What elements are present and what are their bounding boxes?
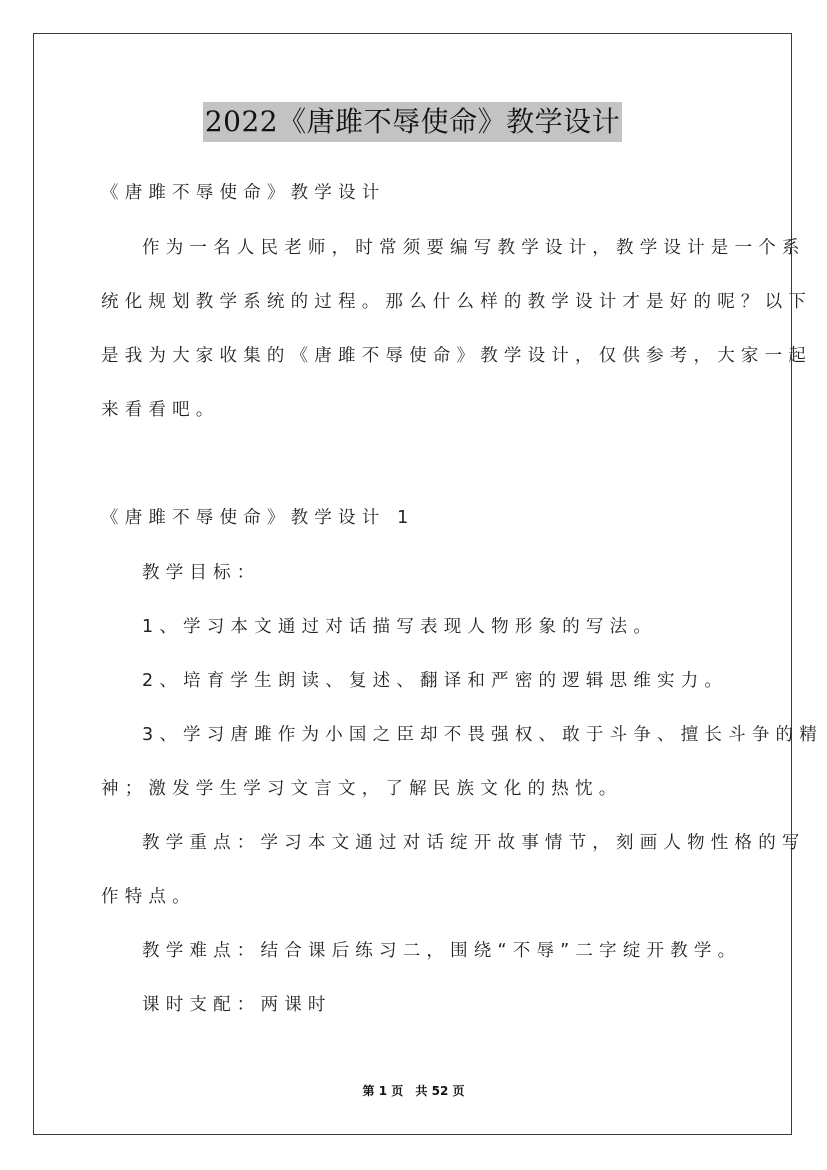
paragraph-line: 《唐雎不辱使命》教学设计 1 <box>101 506 415 530</box>
paragraph-line: 统化规划教学系统的过程。那么什么样的教学设计才是好的呢？以下 <box>101 290 812 314</box>
paragraph-line: 教学难点：结合课后练习二，围绕“不辱”二字绽开教学。 <box>142 939 741 963</box>
title-container: 2022《唐雎不辱使命》教学设计 <box>0 102 827 142</box>
paragraph-line: 是我为大家收集的《唐雎不辱使命》教学设计，仅供参考，大家一起 <box>101 344 812 368</box>
paragraph-line: 作特点。 <box>101 885 196 909</box>
paragraph-line: 教学重点：学习本文通过对话绽开故事情节，刻画人物性格的写 <box>142 831 806 855</box>
paragraph-line: 2、培育学生朗读、复述、翻译和严密的逻辑思维实力。 <box>142 669 728 693</box>
document-title: 2022《唐雎不辱使命》教学设计 <box>203 102 622 142</box>
total-pages: 共 52 页 <box>415 1084 464 1098</box>
paragraph-line: 《唐雎不辱使命》教学设计 <box>101 181 385 205</box>
paragraph-line: 来看看吧。 <box>101 398 220 422</box>
paragraph-line: 神；激发学生学习文言文，了解民族文化的热忱。 <box>101 777 622 801</box>
page-number: 第 1 页 <box>363 1084 404 1098</box>
paragraph-line: 课时支配：两课时 <box>142 993 332 1017</box>
paragraph-line: 3、学习唐雎作为小国之臣却不畏强权、敢于斗争、擅长斗争的精 <box>142 723 823 747</box>
page-footer: 第 1 页 共 52 页 <box>0 1083 827 1099</box>
paragraph-line: 教学目标： <box>142 561 261 585</box>
paragraph-line: 作为一名人民老师，时常须要编写教学设计，教学设计是一个系 <box>142 236 806 260</box>
paragraph-line: 1、学习本文通过对话描写表现人物形象的写法。 <box>142 615 657 639</box>
